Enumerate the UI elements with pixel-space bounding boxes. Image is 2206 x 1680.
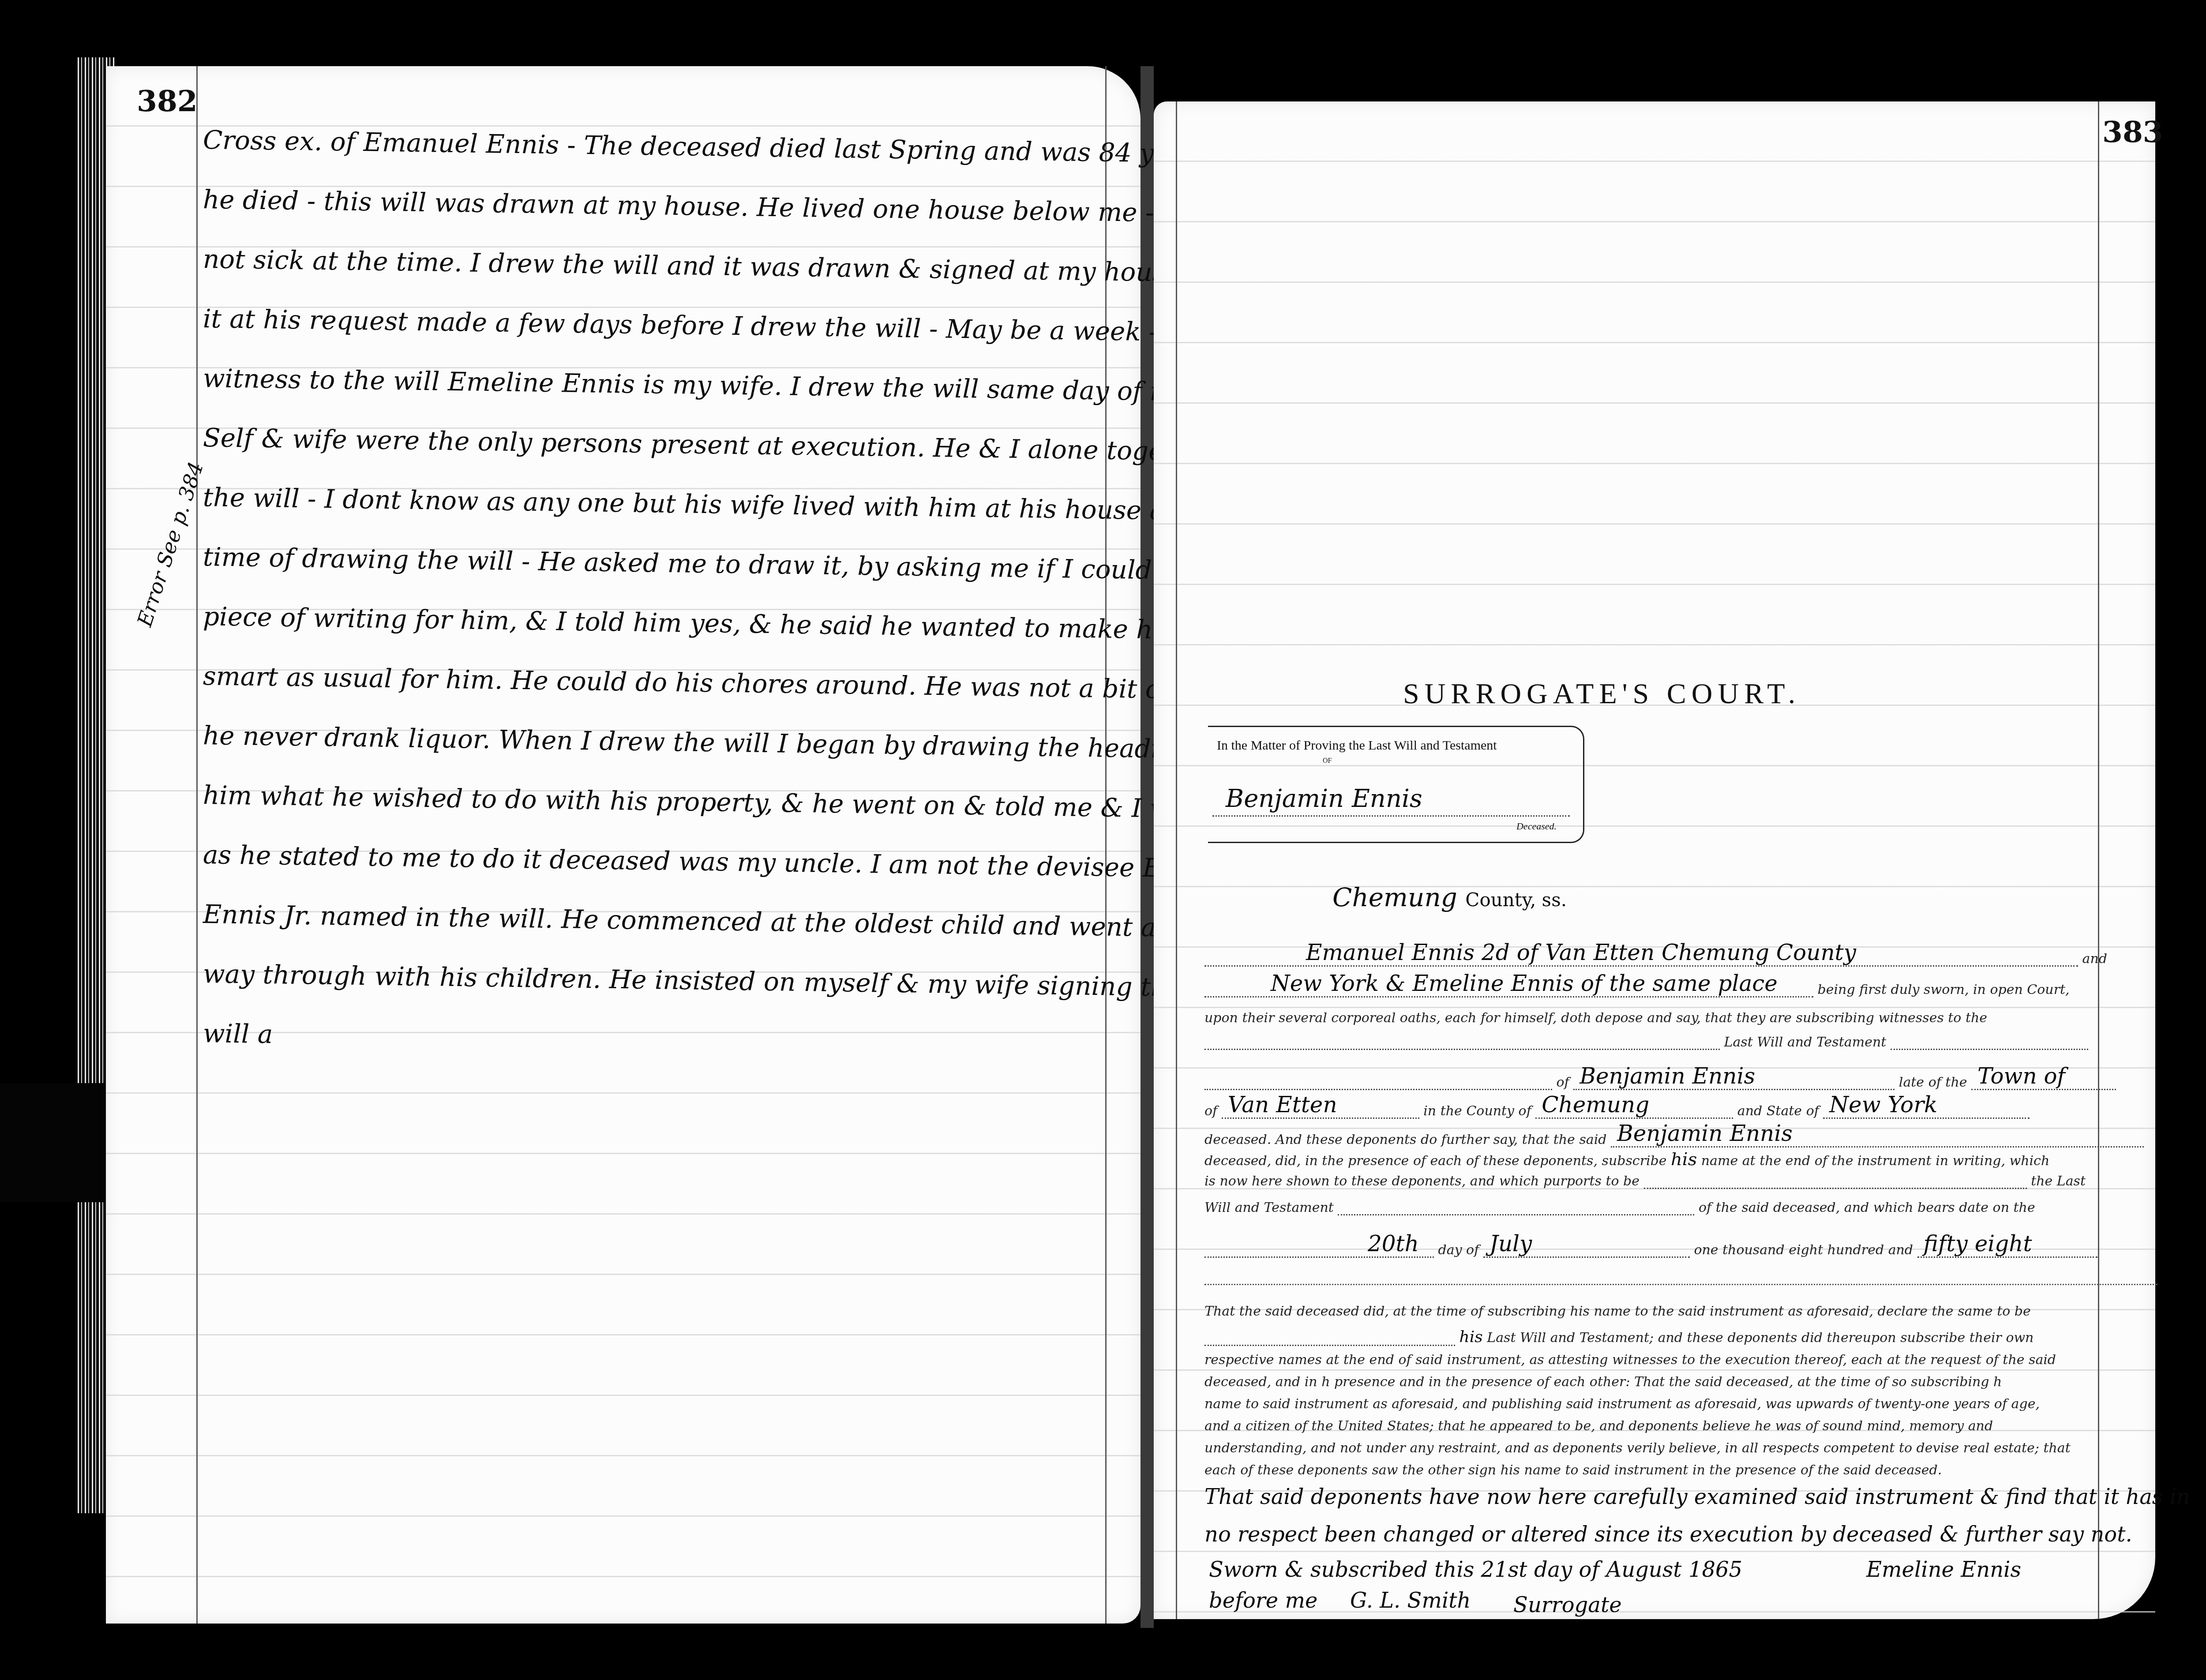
matter-or-label: OF [1323,757,1332,765]
page-number-left: 382 [137,84,198,118]
left-margin-rule [1176,101,1177,1619]
witness-2-row: New York & Emeline Ennis of the same pla… [1204,971,2166,997]
witness-1: Emanuel Ennis 2d of Van Etten Chemung Co… [1204,940,2078,967]
testator-name: Benjamin Ennis [1573,1063,1895,1090]
county-label: County, ss. [1465,889,1567,911]
sworn-text: being first duly sworn, in open Court, [1818,982,2070,997]
further-say-text: deceased. And these deponents do further… [1204,1132,1606,1147]
right-page: 383 [1154,101,2155,1619]
book-gutter [1141,66,1154,1628]
date-row: 20th day of July one thousand eight hund… [1204,1231,2166,1258]
subscribe-text-2: name at the end of the instrument in wri… [1701,1153,2049,1169]
bears-date-text: of the said deceased, and which bears da… [1699,1200,2035,1215]
state-name: New York [1823,1092,2030,1119]
declaration-line-7: understanding, and not under any restrai… [1204,1440,2166,1456]
wt-label: Will and Testament [1204,1200,1334,1215]
lwt-label: Last Will and Testament [1724,1035,1887,1050]
residence-row: of Van Etten in the County of Chemung an… [1204,1092,2166,1119]
deceased-label: Deceased. [1516,821,1557,832]
declaration-text-2: Last Will and Testament; and these depon… [1487,1330,2033,1346]
officer-title: Surrogate [1513,1593,1622,1617]
witness-2: New York & Emeline Ennis of the same pla… [1204,971,1813,997]
declaration-line-1: That the said deceased did, at the time … [1204,1304,2166,1319]
state-of-label: and State of [1737,1103,1819,1119]
left-margin-rule [196,66,198,1624]
declaration-line-5: name to said instrument as aforesaid, an… [1204,1396,2166,1412]
blank-fill [1204,1345,1455,1346]
witness-1-row: Emanuel Ennis 2d of Van Etten Chemung Co… [1204,940,2166,967]
blank-fill [1644,1188,2027,1189]
declaration-line-2: his Last Will and Testament; and these d… [1204,1328,2166,1346]
jurat-before-me: before me [1209,1588,1317,1613]
month-value: July [1483,1231,1690,1258]
of-label: of [1557,1075,1569,1090]
lwt-row: Last Will and Testament [1204,1035,2166,1050]
subscribe-text-1: deceased, did, in the presence of each o… [1204,1153,1667,1169]
year-suffix: fifty eight [1917,1231,2097,1258]
blank-fill [1204,1049,1720,1050]
day-value: 20th [1204,1231,1434,1258]
pronoun-fill: his [1459,1328,1483,1346]
addendum-line-2: no respect been changed or altered since… [1204,1522,2132,1547]
right-margin-rule [2098,101,2099,1619]
late-of-label: late of the [1899,1075,1967,1090]
section-divider [1204,1284,2157,1285]
declaration-line-6: and a citizen of the United States; that… [1204,1418,2166,1434]
purports-text: is now here shown to these deponents, an… [1204,1174,1639,1189]
declaration-line-8: each of these deponents saw the other si… [1204,1462,2166,1478]
witness-signature: Emeline Ennis [1866,1557,2021,1582]
purports-row: is now here shown to these deponents, an… [1204,1174,2166,1189]
pronoun-fill: his [1671,1149,1697,1170]
jurat-sworn-line: Sworn & subscribed this 21st day of Augu… [1209,1557,1742,1582]
decedent-name: Benjamin Ennis [1226,784,1422,813]
right-margin-rule [1105,66,1107,1624]
county-handwritten: Chemung [1332,882,1457,912]
town-type: Town of [1971,1063,2116,1090]
further-say-row: deceased. And these deponents do further… [1204,1121,2166,1147]
declaration-line-3: respective names at the end of said inst… [1204,1352,2166,1368]
officer-name: G. L. Smith [1350,1588,1471,1613]
year-prefix: one thousand eight hundred and [1694,1242,1913,1258]
ruled-lines [1154,101,2155,1619]
of-label-2: of [1204,1103,1217,1119]
county-name: Chemung [1535,1092,1733,1119]
testator-again: Benjamin Ennis [1611,1121,2144,1147]
and-label: and [2082,951,2107,967]
town-name: Van Etten [1222,1092,1419,1119]
subscribe-row: deceased, did, in the presence of each o… [1204,1149,2166,1170]
county-line: Chemung County, ss. [1332,882,1567,912]
county-of-label: in the County of [1423,1103,1531,1119]
testimony-line: will a [203,1004,1086,1076]
page-number-right: 383 [2102,115,2163,149]
testator-row: of Benjamin Ennis late of the Town of [1204,1063,2166,1090]
blank-fill [1338,1214,1694,1215]
addendum-line-1: That said deponents have now here carefu… [1204,1485,2190,1509]
oath-row: upon their several corporeal oaths, each… [1204,1010,2166,1026]
name-rule [1212,815,1570,817]
blank-fill [1891,1049,2088,1050]
blank-fill [1204,1089,1552,1090]
court-title: SURROGATE'S COURT. [1403,677,1801,711]
the-last-label: the Last [2031,1174,2086,1189]
declaration-line-4: deceased, and in h presence and in the p… [1204,1374,2166,1390]
bears-date-row: Will and Testament of the said deceased,… [1204,1200,2166,1215]
day-of-label: day of [1438,1242,1479,1258]
matter-box: In the Matter of Proving the Last Will a… [1208,726,1584,843]
matter-heading: In the Matter of Proving the Last Will a… [1217,738,1497,753]
testimony-text: Cross ex. of Emanuel Ennis - The decease… [203,110,1085,1063]
